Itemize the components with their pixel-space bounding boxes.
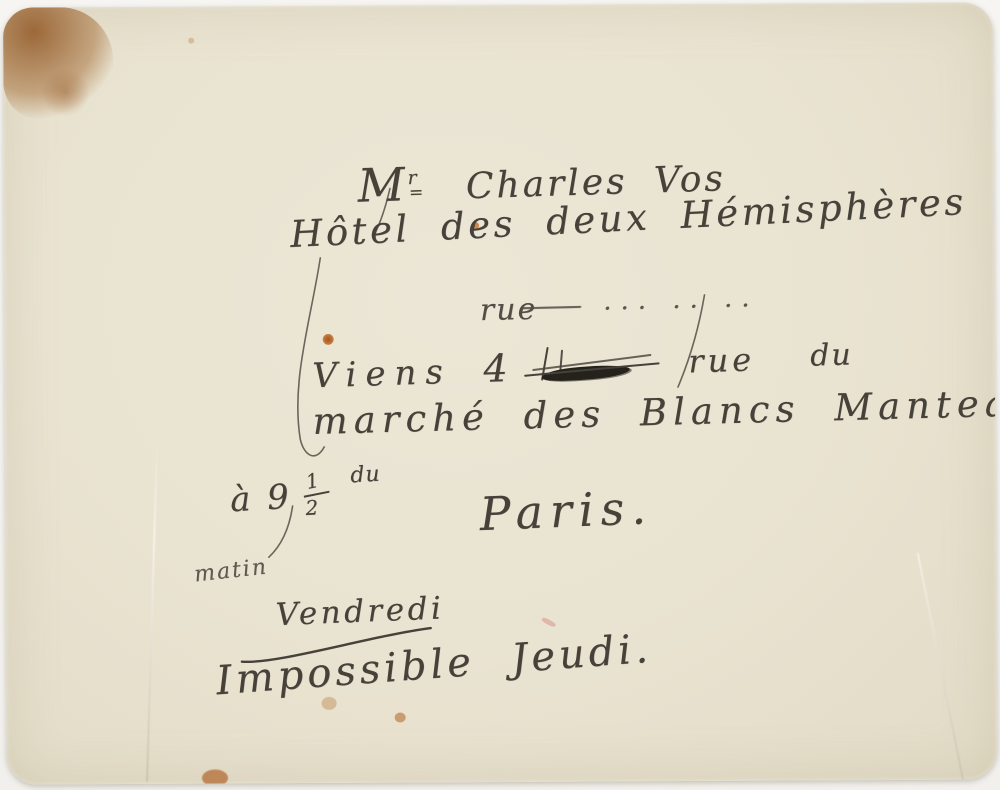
ellipsis-dots: ··· ·· ·· (603, 291, 759, 325)
time-at-nine: à 9 (229, 477, 293, 520)
street-number: 4 (483, 346, 509, 391)
note-card: Mr=Charles Vos Hôtel des deux Hémisphère… (3, 2, 997, 784)
come-word: Viens (312, 352, 452, 396)
fraction-denominator: 2 (300, 495, 327, 520)
street-line: rue—··· ·· ·· (479, 287, 759, 328)
time-line: à 912du (228, 462, 383, 525)
street-word-2: rue (688, 340, 756, 380)
superscript-underline-mark: = (409, 183, 427, 204)
recipient-initial: M (357, 157, 409, 213)
fraction-numerator: 1 (299, 466, 330, 498)
city-word: Paris. (478, 480, 653, 541)
crossed-out-scribble (526, 354, 666, 389)
of-word-2: du (810, 337, 854, 373)
time-fraction: 12 (300, 468, 329, 520)
scanned-note-background: Mr=Charles Vos Hôtel des deux Hémisphère… (0, 0, 1000, 790)
pen-flourish-dash: — (518, 288, 589, 325)
of-word: du (350, 462, 382, 489)
